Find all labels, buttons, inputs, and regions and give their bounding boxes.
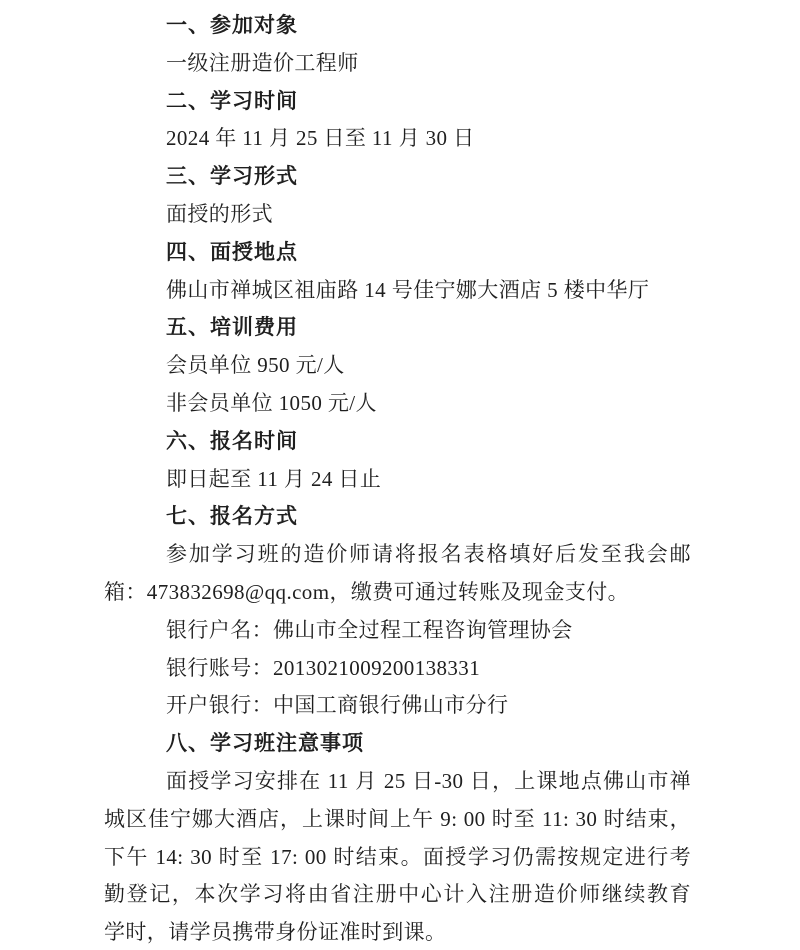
heading-1-participants: 一、参加对象 [104,7,800,45]
line-registration-method-2: 箱：473832698@qq.com，缴费可通过转账及现金支付。 [104,574,800,612]
heading-4-venue: 四、面授地点 [104,234,800,272]
line-bank-branch: 开户银行：中国工商银行佛山市分行 [104,687,800,725]
heading-2-study-time: 二、学习时间 [104,83,800,121]
line-notes-1: 面授学习安排在 11 月 25 日-30 日，上课地点佛山市禅 [104,763,691,801]
heading-3-study-format: 三、学习形式 [104,158,800,196]
line-study-dates: 2024 年 11 月 25 日至 11 月 30 日 [104,120,800,158]
heading-6-registration-time: 六、报名时间 [104,423,800,461]
line-bank-account-name: 银行户名：佛山市全过程工程咨询管理协会 [104,612,800,650]
document-page: 一、参加对象 一级注册造价工程师 二、学习时间 2024 年 11 月 25 日… [0,0,800,950]
line-notes-3: 下午 14: 30 时至 17: 00 时结束。面授学习仍需按规定进行考 [104,839,691,877]
line-fee-nonmember: 非会员单位 1050 元/人 [104,385,800,423]
line-notes-4: 勤登记，本次学习将由省注册中心计入注册造价师继续教育 [104,876,691,914]
heading-5-fees: 五、培训费用 [104,309,800,347]
line-fee-member: 会员单位 950 元/人 [104,347,800,385]
line-registration-method-1: 参加学习班的造价师请将报名表格填好后发至我会邮 [104,536,691,574]
line-participants: 一级注册造价工程师 [104,45,800,83]
line-notes-2: 城区佳宁娜大酒店，上课时间上午 9: 00 时至 11: 30 时结束， [104,801,691,839]
line-study-format: 面授的形式 [104,196,800,234]
line-venue-address: 佛山市禅城区祖庙路 14 号佳宁娜大酒店 5 楼中华厅 [104,272,800,310]
line-registration-deadline: 即日起至 11 月 24 日止 [104,461,800,499]
heading-7-registration-method: 七、报名方式 [104,498,800,536]
heading-8-notes: 八、学习班注意事项 [104,725,800,763]
line-bank-account-number: 银行账号：2013021009200138331 [104,650,800,688]
line-notes-5: 学时，请学员携带身份证准时到课。 [104,914,800,950]
